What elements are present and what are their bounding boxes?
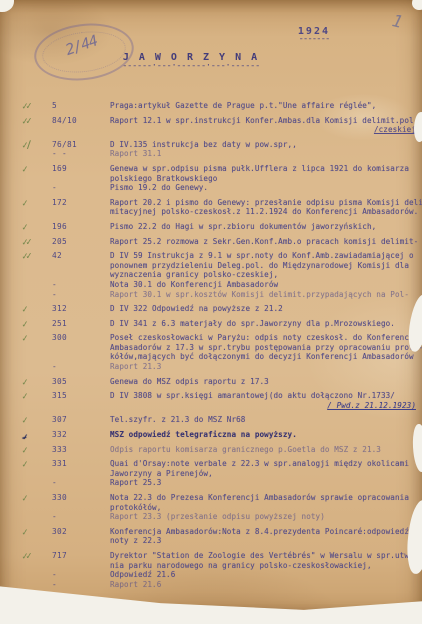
entry-line: ✓333Odpis raportu komisarza granicznego … <box>22 445 422 455</box>
inventory-entry: ✓302Konferencja Ambasadorów:Nota z 8.4.p… <box>22 527 422 546</box>
inventory-entry: ✓172Raport 20.2 i pismo do Genewy: przes… <box>22 198 422 217</box>
document-page: 2/44 1924 ------- 1 J A W O R Z Y N A --… <box>0 0 422 616</box>
inventory-entry: ✓331Quai d'Orsay:note verbale z 22.3 w s… <box>22 459 422 488</box>
inventory-entry: ✓✓205Raport 25.2 rozmowa z Sekr.Gen.Konf… <box>22 237 422 247</box>
mark-spacer <box>22 511 53 524</box>
inventory-entry: ✓∕76/81D IV.135 instrukcja bez daty w po… <box>22 140 422 159</box>
inventory-entry: ✓300Poseł czeskosłowacki w Paryżu: odpis… <box>22 333 422 371</box>
entry-text: Konferencja Ambasadorów:Nota z 8.4.prezy… <box>110 527 422 537</box>
entry-text: Genewa w spr.odpisu pisma pułk.Ufflera z… <box>110 164 422 174</box>
entry-text: Dyrektor "Station de Zoologie des Vertéb… <box>110 551 422 561</box>
mark-spacer <box>22 477 53 490</box>
continuation-dash <box>52 469 110 479</box>
continuation-dash: - <box>52 290 110 300</box>
entry-text: Nota 22.3 do Prezesa Konferencji Ambasad… <box>110 493 422 503</box>
continuation-dash: - <box>52 478 110 488</box>
continuation-dash: - <box>52 280 110 290</box>
entry-text: Tel.szyfr. z 21.3 do MSZ Nr68 <box>110 415 422 425</box>
entry-text: Raport 12.1 w spr.instrukcji Konfer.Amba… <box>110 116 422 126</box>
entry-text: Poseł czeskosłowacki w Paryżu: odpis not… <box>110 333 422 343</box>
continuation-dash: - - <box>52 149 110 159</box>
continuation-dash <box>52 261 110 271</box>
checkmark-icon: ✓ <box>22 303 53 316</box>
entry-text: D IV 322 Odpowiedź na powyższe z 21.2 <box>110 304 422 314</box>
inventory-entry: ✓✓84/10Raport 12.1 w spr.instrukcji Konf… <box>22 116 422 135</box>
mark-spacer <box>22 182 53 195</box>
entry-number: 300 <box>52 333 110 343</box>
entry-text: protokółów, <box>110 503 422 513</box>
entry-text: Pismo 19.2 do Genewy. <box>110 183 422 193</box>
mark-spacer <box>22 206 53 219</box>
entry-line: ✓✓5Praga:artykuł Gazette de Prague p.t."… <box>22 101 422 111</box>
entry-number: 251 <box>52 319 110 329</box>
entry-line: kółów,mających być dołączonymi do decyzj… <box>22 352 422 362</box>
entry-number: 205 <box>52 237 110 247</box>
entry-number: 333 <box>52 445 110 455</box>
entry-text: Praga:artykuł Gazette de Prague p.t."Une… <box>110 101 422 111</box>
entry-text: Raport 21.3 <box>110 362 422 372</box>
inventory-entry: ✓169Genewa w spr.odpisu pisma pułk.Uffle… <box>22 164 422 193</box>
inventory-entry: ✓307Tel.szyfr. z 21.3 do MSZ Nr68 <box>22 415 422 425</box>
entry-line: ✓332MSZ odpowiedź telegraficzna na powyż… <box>22 430 422 440</box>
checkmark-icon: ✓ <box>22 443 53 456</box>
checkmark-icon: ✓✓ <box>22 235 53 248</box>
entry-line: -Raport 30.1 w spr.kosztów Komisji delim… <box>22 290 422 300</box>
entry-text: D IV 341 z 6.3 materjały do spr.Jaworzyn… <box>110 319 422 329</box>
entry-text: D IV 59 Instrukcja z 9.1 w spr.noty do K… <box>110 251 422 261</box>
entry-number: 196 <box>52 222 110 232</box>
scribble-icon: ✓ <box>22 427 53 442</box>
entry-line: ✓196Pismo 22.2 do Hagi w spr.zbioru doku… <box>22 222 422 232</box>
handwritten-page-number: 1 <box>389 11 404 33</box>
entry-line: noty z 22.3 <box>22 536 422 546</box>
entry-line: /czeskiej <box>22 125 422 135</box>
inventory-entry: ✓196Pismo 22.2 do Hagi w spr.zbioru doku… <box>22 222 422 232</box>
entry-text: Raport 25.2 rozmowa z Sekr.Gen.Konf.Amb.… <box>110 237 422 247</box>
entry-line: -Odpowiedź 21.6 <box>22 570 422 580</box>
entry-line: ✓✓42D IV 59 Instrukcja z 9.1 w spr.noty … <box>22 251 422 261</box>
entry-text: Odpowiedź 21.6 <box>110 570 422 580</box>
entry-line: ✓✓205Raport 25.2 rozmowa z Sekr.Gen.Konf… <box>22 237 422 247</box>
entry-text: Nota 30.1 do Konferencji Ambasadorów <box>110 280 422 290</box>
inventory-entry: ✓✓42D IV 59 Instrukcja z 9.1 w spr.noty … <box>22 251 422 299</box>
entry-line: mitacyjnej polsko-czeskosł.z 11.2.1924 d… <box>22 207 422 217</box>
entry-text: ponownem przydzieleniu Deleg.pol. do Mię… <box>110 261 422 271</box>
entry-line: ✓169Genewa w spr.odpisu pisma pułk.Uffle… <box>22 164 422 174</box>
entry-line: ✓307Tel.szyfr. z 21.3 do MSZ Nr68 <box>22 415 422 425</box>
entry-line: -Raport 21.6 <box>22 580 422 590</box>
checkmark-icon: ✓✓ <box>22 99 53 112</box>
mark-spacer <box>22 124 53 137</box>
entry-number: 169 <box>52 164 110 174</box>
inventory-entry: ✓333Odpis raportu komisarza granicznego … <box>22 445 422 455</box>
entry-text: /czeskiej <box>110 125 422 135</box>
continuation-dash <box>52 401 110 411</box>
entry-line: ✓172Raport 20.2 i pismo do Genewy: przes… <box>22 198 422 208</box>
entry-line: ✓251D IV 341 z 6.3 materjały do spr.Jawo… <box>22 319 422 329</box>
entry-line: protokółów, <box>22 503 422 513</box>
entry-text: Raport 20.2 i pismo do Genewy: przesłani… <box>110 198 422 208</box>
entry-number: 717 <box>52 551 110 561</box>
continuation-dash <box>52 207 110 217</box>
title-block: J A W O R Z Y N A ------·---·------·---·… <box>0 52 382 69</box>
inventory-entry: ✓330Nota 22.3 do Prezesa Konferencji Amb… <box>22 493 422 522</box>
mark-spacer <box>22 361 53 374</box>
entry-number: 332 <box>52 430 110 440</box>
entry-number: 315 <box>52 391 110 401</box>
torn-edge-patch <box>414 112 422 142</box>
entry-number: 305 <box>52 377 110 387</box>
year-block: 1924 ------- <box>298 26 330 41</box>
entry-line: wyznaczenia granicy polsko-czeskiej, <box>22 270 422 280</box>
entry-text: polskiego Bratkowskiego <box>110 174 422 184</box>
entry-line: ✓331Quai d'Orsay:note verbale z 22.3 w s… <box>22 459 422 469</box>
entry-text: Odpis raportu komisarza granicznego p.Go… <box>110 445 422 455</box>
entry-text: Raport 30.1 w spr.kosztów Komisji delimi… <box>110 290 422 300</box>
entry-number: 302 <box>52 527 110 537</box>
page-header: 2/44 1924 ------- 1 J A W O R Z Y N A --… <box>0 0 422 97</box>
entry-text: Raport 25.3 <box>110 478 422 488</box>
entry-text: Raport 21.6 <box>110 580 422 590</box>
entry-line: ✓✓84/10Raport 12.1 w spr.instrukcji Konf… <box>22 116 422 126</box>
continuation-dash <box>52 125 110 135</box>
entry-line: ✓330Nota 22.3 do Prezesa Konferencji Amb… <box>22 493 422 503</box>
entry-number: 312 <box>52 304 110 314</box>
entry-number: 84/10 <box>52 116 110 126</box>
continuation-dash: - <box>52 183 110 193</box>
inventory-entry: ✓✓5Praga:artykuł Gazette de Prague p.t."… <box>22 101 422 111</box>
entry-number: 172 <box>52 198 110 208</box>
continuation-dash: - <box>52 512 110 522</box>
inventory-entry: ✓315D IV 3808 w spr.księgi amarantowej(d… <box>22 391 422 410</box>
entry-line: ✓∕76/81D IV.135 instrukcja bez daty w po… <box>22 140 422 150</box>
checkmark-icon: ✓ <box>22 220 53 233</box>
entry-text: Raport 31.1 <box>110 149 422 159</box>
entry-line: ✓312D IV 322 Odpowiedź na powyższe z 21.… <box>22 304 422 314</box>
continuation-dash: - <box>52 362 110 372</box>
entry-text: Genewa do MSZ odpis raportu z 17.3 <box>110 377 422 387</box>
inventory-entry: ✓332MSZ odpowiedź telegraficzna na powyż… <box>22 430 422 440</box>
entry-line: - -Raport 31.1 <box>22 149 422 159</box>
checkmark-icon: ✓ <box>22 317 53 330</box>
continuation-dash: - <box>52 580 110 590</box>
entries: ✓✓5Praga:artykuł Gazette de Prague p.t."… <box>0 97 422 589</box>
entry-text: mitacyjnej polsko-czeskosł.z 11.2.1924 d… <box>110 207 422 217</box>
continuation-dash <box>52 270 110 280</box>
continuation-dash: - <box>52 570 110 580</box>
inventory-entry: ✓✓717Dyrektor "Station de Zoologie des V… <box>22 551 422 589</box>
entry-text: D IV.135 instrukcja bez daty w pow.spr,, <box>110 140 422 150</box>
entry-line: / Pwd.z 21.12.1923) <box>22 401 422 411</box>
entry-text: Ambasadorów z 17.3 w spr.trybu postępowa… <box>110 343 422 353</box>
entry-number: 307 <box>52 415 110 425</box>
inventory-entry: ✓312D IV 322 Odpowiedź na powyższe z 21.… <box>22 304 422 314</box>
entry-text: Quai d'Orsay:note verbale z 22.3 w spr.a… <box>110 459 422 469</box>
inventory-entry: ✓251D IV 341 z 6.3 materjały do spr.Jawo… <box>22 319 422 329</box>
entry-text: nia parku narodowego na granicy polsko-c… <box>110 561 422 571</box>
entry-line: ✓305Genewa do MSZ odpis raportu z 17.3 <box>22 377 422 387</box>
checkmark-icon: ✓ <box>22 414 53 427</box>
mark-spacer <box>22 535 53 548</box>
entry-text: / Pwd.z 21.12.1923) <box>110 401 422 411</box>
entry-line: ✓✓717Dyrektor "Station de Zoologie des V… <box>22 551 422 561</box>
entry-line: -Raport 21.3 <box>22 362 422 372</box>
entry-number: 330 <box>52 493 110 503</box>
continuation-dash <box>52 561 110 571</box>
entry-number: 42 <box>52 251 110 261</box>
entry-line: ✓315D IV 3808 w spr.księgi amarantowej(d… <box>22 391 422 401</box>
entry-line: -Raport 23.3 (przesłanie odpisu powyższe… <box>22 512 422 522</box>
year-underline: ------- <box>298 37 330 41</box>
entry-text: noty z 22.3 <box>110 536 422 546</box>
entry-line: -Nota 30.1 do Konferencji Ambasadorów <box>22 280 422 290</box>
entry-number: 5 <box>52 101 110 111</box>
inventory-entry: ✓305Genewa do MSZ odpis raportu z 17.3 <box>22 377 422 387</box>
entry-line: ✓302Konferencja Ambasadorów:Nota z 8.4.p… <box>22 527 422 537</box>
title-underline: ------·---·------·---·------ <box>0 63 382 69</box>
mark-spacer <box>22 399 53 412</box>
continuation-dash <box>52 536 110 546</box>
entry-line: Jaworzyny a Pirenejów, <box>22 469 422 479</box>
checkmark-icon: ✓ <box>22 375 53 388</box>
entry-number: 331 <box>52 459 110 469</box>
entry-line: ponownem przydzieleniu Deleg.pol. do Mię… <box>22 261 422 271</box>
entry-number: 76/81 <box>52 140 110 150</box>
entry-line: -Raport 25.3 <box>22 478 422 488</box>
entry-text: MSZ odpowiedź telegraficzna na powyższy. <box>110 430 422 440</box>
continuation-dash <box>52 174 110 184</box>
entry-text: Raport 23.3 (przesłanie odpisu powyższej… <box>110 512 422 522</box>
entry-text: D IV 3808 w spr.księgi amarantowej(do ak… <box>110 391 422 401</box>
entry-line: ✓300Poseł czeskosłowacki w Paryżu: odpis… <box>22 333 422 343</box>
entry-line: polskiego Bratkowskiego <box>22 174 422 184</box>
entry-line: Ambasadorów z 17.3 w spr.trybu postępowa… <box>22 343 422 353</box>
entry-text: Jaworzyny a Pirenejów, <box>110 469 422 479</box>
entry-text: Pismo 22.2 do Hagi w spr.zbioru dokument… <box>110 222 422 232</box>
entry-text: wyznaczenia granicy polsko-czeskiej, <box>110 270 422 280</box>
mark-spacer <box>22 148 53 161</box>
mark-spacer <box>22 578 53 591</box>
continuation-dash <box>52 352 110 362</box>
entry-text: kółów,mających być dołączonymi do decyzj… <box>110 352 422 362</box>
entry-line: -Pismo 19.2 do Genewy. <box>22 183 422 193</box>
entry-line: nia parku narodowego na granicy polsko-c… <box>22 561 422 571</box>
continuation-dash <box>52 503 110 513</box>
continuation-dash <box>52 343 110 353</box>
